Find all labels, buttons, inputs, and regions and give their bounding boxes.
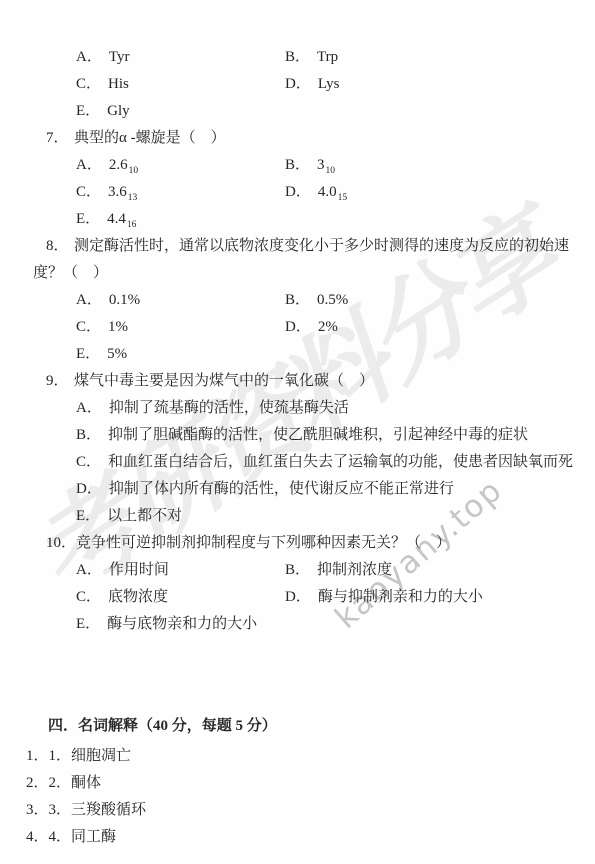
option-row: E．5%	[0, 341, 595, 368]
option-subscript: 15	[338, 193, 348, 203]
option-c: C．1%	[76, 314, 285, 341]
option-a: A．Tyr	[76, 44, 285, 71]
option-row: C．底物浓度D．酶与抑制剂亲和力的大小	[0, 584, 595, 611]
term-item-2: 2．2．酮体	[0, 770, 595, 797]
option-label: E．	[76, 211, 100, 227]
option-label: B．	[285, 157, 310, 173]
page-content: A．TyrB．Trp C．HisD．Lys E．Gly 7．典型的α -螺旋是（…	[0, 0, 595, 851]
option-text: 酶与底物亲和力的大小	[107, 616, 257, 632]
option-row: E．酶与底物亲和力的大小	[0, 611, 595, 638]
term-item-1: 1．1．细胞凋亡	[0, 743, 595, 770]
option-row: A．作用时间B．抑制剂浓度	[0, 557, 595, 584]
option-label: E．	[76, 103, 100, 119]
question-number: 9．	[46, 368, 74, 395]
question-10: 10．竞争性可逆抑制剂抑制程度与下列哪种因素无关？（ ）	[0, 530, 595, 557]
option-e: E．以上都不对	[76, 508, 182, 524]
question-8-continuation: 度？（ ）	[0, 260, 595, 287]
option-d: D．Lys	[285, 71, 340, 98]
option-row: A．TyrB．Trp	[0, 44, 595, 71]
option-text: 2%	[318, 319, 338, 335]
section-heading: 四．名词解释（40 分，每题 5 分）	[0, 713, 595, 740]
exam-page: 考研资料分享 kaoyany.top A．TyrB．Trp C．HisD．Lys…	[0, 0, 595, 864]
option-label: D．	[285, 184, 311, 200]
question-text: 竞争性可逆抑制剂抑制程度与下列哪种因素无关？（ ）	[76, 535, 451, 551]
option-text: Tyr	[109, 49, 130, 65]
blank-gap	[0, 638, 595, 713]
option-text: 1%	[108, 319, 128, 335]
option-label: D．	[285, 319, 311, 335]
question-text: 典型的α -螺旋是（ ）	[74, 130, 226, 146]
option-e: E．酶与底物亲和力的大小	[76, 616, 257, 632]
option-text: 0.1%	[109, 292, 140, 308]
option-row: C．3.613D．4.015	[0, 179, 595, 206]
option-c: C．His	[76, 71, 285, 98]
option-text: 以上都不对	[107, 508, 182, 524]
option-subscript: 13	[128, 193, 138, 203]
option-label: C．	[76, 454, 101, 470]
option-label: D．	[285, 589, 311, 605]
option-label: C．	[76, 76, 101, 92]
option-label: A．	[76, 400, 102, 416]
option-subscript: 10	[129, 166, 139, 176]
option-text: Gly	[107, 103, 130, 119]
option-d: D．酶与抑制剂亲和力的大小	[285, 584, 483, 611]
question-9: 9．煤气中毒主要是因为煤气中的一氧化碳（ ）	[0, 368, 595, 395]
option-text: 3.6	[108, 184, 127, 200]
option-c: C．底物浓度	[76, 584, 285, 611]
option-label: C．	[76, 589, 101, 605]
option-a: A．作用时间	[76, 557, 285, 584]
option-text: 4.4	[107, 211, 126, 227]
term-item-4: 4．4．同工酶	[0, 824, 595, 851]
option-text: 抑制了胆碱酯酶的活性，使乙酰胆碱堆积，引起神经中毒的症状	[108, 427, 528, 443]
option-label: B．	[285, 292, 310, 308]
option-label: E．	[76, 346, 100, 362]
option-row: E．Gly	[0, 98, 595, 125]
option-b: B．抑制了胆碱酯酶的活性，使乙酰胆碱堆积，引起神经中毒的症状	[76, 427, 528, 443]
option-text: 0.5%	[317, 292, 348, 308]
question-number: 7．	[46, 125, 74, 152]
option-label: A．	[76, 562, 102, 578]
option-label: B．	[76, 427, 101, 443]
option-a: A．抑制了巯基酶的活性，使巯基酶失活	[76, 400, 349, 416]
option-label: C．	[76, 184, 101, 200]
option-subscript: 10	[326, 166, 336, 176]
option-text: 4.0	[318, 184, 337, 200]
option-b: B．抑制剂浓度	[285, 557, 392, 584]
option-row: B．抑制了胆碱酯酶的活性，使乙酰胆碱堆积，引起神经中毒的症状	[0, 422, 595, 449]
option-text: 抑制了体内所有酶的活性，使代谢反应不能正常进行	[109, 481, 454, 497]
option-text: 底物浓度	[108, 589, 168, 605]
option-label: E．	[76, 616, 100, 632]
term-item-3: 3．3．三羧酸循环	[0, 797, 595, 824]
option-text: 5%	[107, 346, 127, 362]
option-text: 作用时间	[109, 562, 169, 578]
option-label: A．	[76, 292, 102, 308]
option-text: Trp	[317, 49, 338, 65]
question-8: 8．测定酶活性时，通常以底物浓度变化小于多少时测得的速度为反应的初始速	[0, 233, 595, 260]
option-text: Lys	[318, 76, 340, 92]
option-label: D．	[285, 76, 311, 92]
option-row: C．和血红蛋白结合后，血红蛋白失去了运输氧的功能，使患者因缺氧而死	[0, 449, 595, 476]
option-b: B．Trp	[285, 44, 338, 71]
option-row: A．抑制了巯基酶的活性，使巯基酶失活	[0, 395, 595, 422]
option-d: D．抑制了体内所有酶的活性，使代谢反应不能正常进行	[76, 481, 454, 497]
option-row: A．2.610B．310	[0, 152, 595, 179]
option-e: E．5%	[76, 341, 285, 368]
option-a: A．0.1%	[76, 287, 285, 314]
question-text: 度？（ ）	[33, 265, 108, 281]
option-text: 3	[317, 157, 325, 173]
option-label: B．	[285, 49, 310, 65]
option-text: 和血红蛋白结合后，血红蛋白失去了运输氧的功能，使患者因缺氧而死	[108, 454, 573, 470]
question-7: 7．典型的α -螺旋是（ ）	[0, 125, 595, 152]
option-c: C．和血红蛋白结合后，血红蛋白失去了运输氧的功能，使患者因缺氧而死	[76, 454, 573, 470]
option-row: A．0.1%B．0.5%	[0, 287, 595, 314]
option-row: C．HisD．Lys	[0, 71, 595, 98]
option-b: B．0.5%	[285, 287, 348, 314]
option-d: D．4.015	[285, 179, 347, 212]
option-e: E．Gly	[76, 98, 285, 125]
option-row: C．1%D．2%	[0, 314, 595, 341]
question-text: 煤气中毒主要是因为煤气中的一氧化碳（ ）	[74, 373, 374, 389]
option-subscript: 16	[127, 220, 137, 230]
option-text: 抑制剂浓度	[317, 562, 392, 578]
option-text: 抑制了巯基酶的活性，使巯基酶失活	[109, 400, 349, 416]
option-label: A．	[76, 49, 102, 65]
question-text: 测定酶活性时，通常以底物浓度变化小于多少时测得的速度为反应的初始速	[74, 238, 569, 254]
option-label: A．	[76, 157, 102, 173]
option-label: B．	[285, 562, 310, 578]
question-number: 10．	[46, 530, 76, 557]
option-label: D．	[76, 481, 102, 497]
question-number: 8．	[46, 233, 74, 260]
option-label: C．	[76, 319, 101, 335]
option-text: 2.6	[109, 157, 128, 173]
option-label: E．	[76, 508, 100, 524]
option-text: 酶与抑制剂亲和力的大小	[318, 589, 483, 605]
option-d: D．2%	[285, 314, 338, 341]
option-text: His	[108, 76, 129, 92]
option-row: D．抑制了体内所有酶的活性，使代谢反应不能正常进行	[0, 476, 595, 503]
option-row: E．以上都不对	[0, 503, 595, 530]
